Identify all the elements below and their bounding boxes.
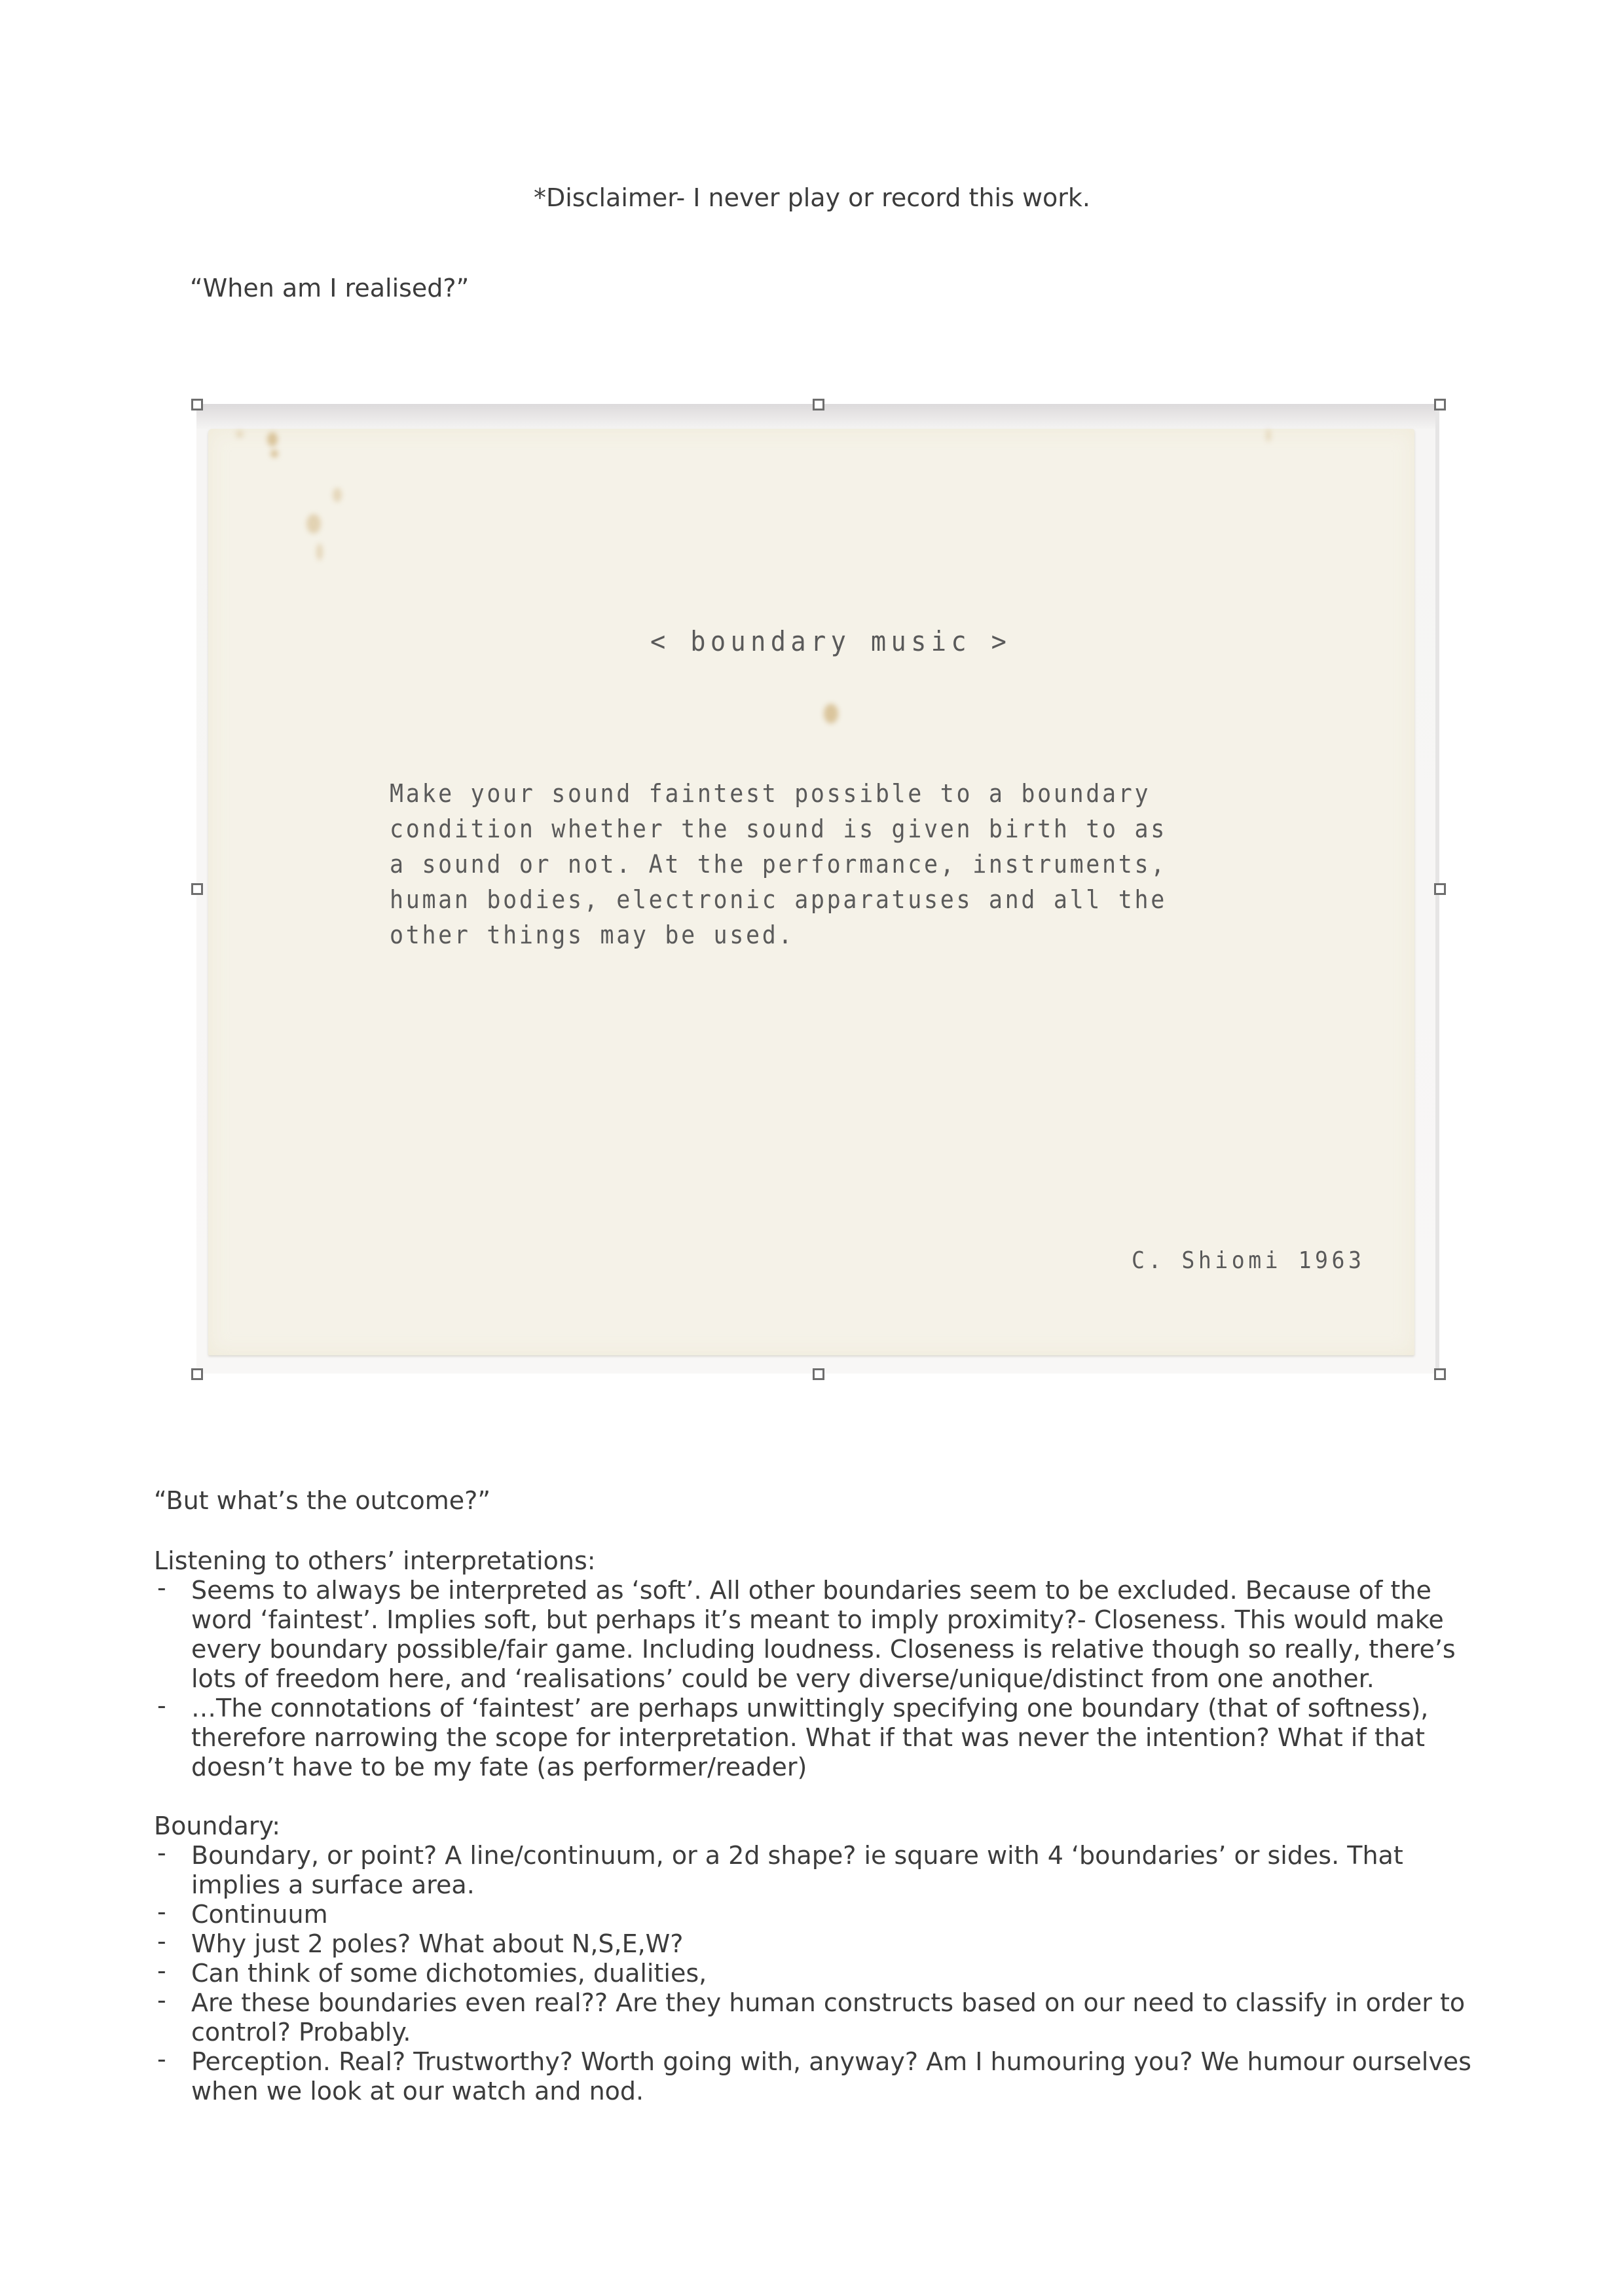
- list-item: -Perception. Real? Trustworthy? Worth go…: [154, 2047, 1471, 2106]
- list-item: -Continuum: [154, 1900, 1471, 1929]
- list-item-line: control? Probably.: [191, 2018, 1471, 2047]
- bullet-dash-icon: -: [157, 1838, 166, 1868]
- list-item-line: lots of freedom here, and ‘realisations’…: [191, 1664, 1456, 1694]
- score-title: < boundary music >: [650, 625, 1011, 657]
- list-item-line: Continuum: [191, 1900, 1471, 1929]
- list-item-line: Perception. Real? Trustworthy? Worth goi…: [191, 2047, 1471, 2077]
- list-item-line: Can think of some dichotomies, dualities…: [191, 1959, 1471, 1988]
- resize-handle-bottom-left[interactable]: [191, 1368, 203, 1380]
- list-item-line: …The connotations of ‘faintest’ are perh…: [191, 1694, 1456, 1723]
- resize-handle-top-center[interactable]: [813, 399, 824, 410]
- boundary-list: -Boundary, or point? A line/continuum, o…: [154, 1841, 1471, 2106]
- score-paper: < boundary music > Make your sound faint…: [208, 429, 1414, 1355]
- score-signature: C. Shiomi 1963: [1132, 1247, 1365, 1274]
- list-item-line: implies a surface area.: [191, 1870, 1471, 1900]
- list-item-line: when we look at our watch and nod.: [191, 2077, 1471, 2106]
- bullet-dash-icon: -: [157, 1897, 166, 1927]
- list-item-line: Seems to always be interpreted as ‘soft’…: [191, 1576, 1456, 1605]
- list-item-line: every boundary possible/fair game. Inclu…: [191, 1635, 1456, 1664]
- question-outcome: “But what’s the outcome?”: [154, 1486, 490, 1516]
- bullet-dash-icon: -: [157, 1691, 166, 1721]
- score-line: human bodies, electronic apparatuses and…: [390, 885, 1167, 914]
- resize-handle-middle-left[interactable]: [191, 883, 203, 895]
- list-item: -Seems to always be interpreted as ‘soft…: [154, 1576, 1456, 1694]
- list-item: -Are these boundaries even real?? Are th…: [154, 1988, 1471, 2047]
- question-when-realised: “When am I realised?”: [190, 274, 469, 303]
- bullet-dash-icon: -: [157, 1573, 166, 1603]
- list-item-line: Boundary, or point? A line/continuum, or…: [191, 1841, 1471, 1870]
- bullet-dash-icon: -: [157, 1956, 166, 1986]
- paper-stain: [316, 543, 323, 560]
- resize-handle-bottom-right[interactable]: [1434, 1368, 1446, 1380]
- bullet-dash-icon: -: [157, 1927, 166, 1956]
- list-item-line: Why just 2 poles? What about N,S,E,W?: [191, 1929, 1471, 1959]
- list-item: -Can think of some dichotomies, dualitie…: [154, 1959, 1471, 1988]
- list-item-line: word ‘faintest’. Implies soft, but perha…: [191, 1605, 1456, 1635]
- disclaimer-text: *Disclaimer- I never play or record this…: [0, 183, 1624, 213]
- resize-handle-middle-right[interactable]: [1434, 883, 1446, 895]
- list-item-line: doesn’t have to be my fate (as performer…: [191, 1753, 1456, 1782]
- list-item: -Why just 2 poles? What about N,S,E,W?: [154, 1929, 1471, 1959]
- resize-handle-top-right[interactable]: [1434, 399, 1446, 410]
- score-line: other things may be used.: [390, 920, 794, 949]
- score-image-frame[interactable]: < boundary music > Make your sound faint…: [196, 404, 1439, 1374]
- paper-stain: [1266, 429, 1271, 442]
- paper-stain: [270, 450, 278, 458]
- paper-stain: [306, 514, 321, 534]
- resize-handle-bottom-center[interactable]: [813, 1368, 824, 1380]
- list-item-line: therefore narrowing the scope for interp…: [191, 1723, 1456, 1753]
- paper-stain: [236, 430, 244, 438]
- section-heading-boundary: Boundary:: [154, 1812, 280, 1841]
- score-line: Make your sound faintest possible to a b…: [390, 779, 1151, 808]
- list-item: -…The connotations of ‘faintest’ are per…: [154, 1694, 1456, 1782]
- paper-stain: [824, 704, 838, 723]
- section-heading-interpretations: Listening to others’ interpretations:: [154, 1546, 596, 1576]
- list-item: -Boundary, or point? A line/continuum, o…: [154, 1841, 1471, 1900]
- paper-stain: [267, 432, 278, 446]
- bullet-dash-icon: -: [157, 2045, 166, 2074]
- interpretations-list: -Seems to always be interpreted as ‘soft…: [154, 1576, 1456, 1782]
- list-item-line: Are these boundaries even real?? Are the…: [191, 1988, 1471, 2018]
- resize-handle-top-left[interactable]: [191, 399, 203, 410]
- paper-stain: [333, 488, 342, 502]
- score-line: condition whether the sound is given bir…: [390, 814, 1167, 843]
- bullet-dash-icon: -: [157, 1986, 166, 2015]
- score-line: a sound or not. At the performance, inst…: [390, 850, 1167, 879]
